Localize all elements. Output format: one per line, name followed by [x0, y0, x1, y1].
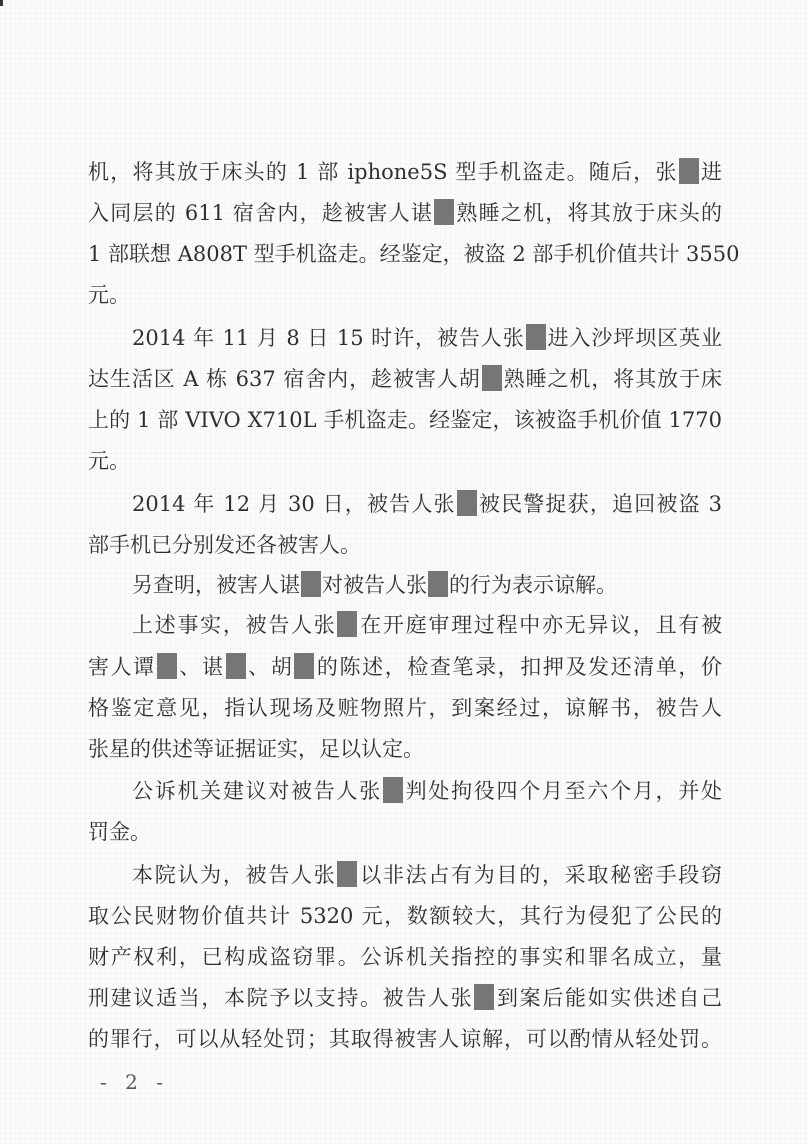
text-segment: 进 — [700, 160, 722, 184]
page-number: - 2 - — [100, 1070, 169, 1094]
text-segment: 进入沙坪坝区英业 — [547, 326, 722, 350]
text-line: 上述事实，被告人张在开庭审理过程中亦无异议，且有被 — [132, 610, 722, 640]
text-segment: 害人谭 — [88, 655, 156, 679]
text-segment: 机，将其放于床头的 1 部 iphone5S 型手机盗走。随后，张 — [88, 160, 678, 184]
text-segment: 入同层的 611 宿舍内，趁被害人谌 — [88, 201, 433, 225]
text-line: 刑建议适当，本院予以支持。被告人张到案后能如实供述自己 — [88, 983, 722, 1013]
text-segment: 的陈述，检查笔录，扣押及发还清单，价 — [315, 655, 722, 679]
text-segment: 达生活区 A 栋 637 宿舍内，趁被害人胡 — [88, 367, 481, 391]
text-segment: 另查明，被害人谌 — [132, 573, 300, 597]
text-segment: 被民警捉获，追回被盗 3 — [478, 492, 722, 516]
text-line: 达生活区 A 栋 637 宿舍内，趁被害人胡熟睡之机，将其放于床 — [88, 364, 722, 394]
text-line: 元。 — [88, 446, 722, 476]
redaction-block — [337, 861, 357, 887]
text-segment: 、胡 — [247, 655, 294, 679]
text-segment: 罚金。 — [88, 820, 151, 844]
text-line: 取公民财物价值共计 5320 元，数额较大，其行为侵犯了公民的 — [88, 901, 722, 931]
text-line: 入同层的 611 宿舍内，趁被害人谌熟睡之机，将其放于床头的 — [88, 198, 722, 228]
text-segment: 财产权利，已构成盗窃罪。公诉机关指控的事实和罪名成立，量 — [88, 945, 722, 969]
text-line: 的罪行，可以从轻处罚；其取得被害人谅解，可以酌情从轻处罚。 — [88, 1024, 722, 1054]
text-segment: 在开庭审理过程中亦无异议，且有被 — [358, 613, 722, 637]
text-line: 机，将其放于床头的 1 部 iphone5S 型手机盗走。随后，张进 — [88, 157, 722, 187]
text-segment: 的行为表示谅解。 — [449, 573, 617, 597]
text-segment: 对被告人张 — [322, 573, 427, 597]
text-segment: 部手机已分别发还各被害人。 — [88, 533, 361, 557]
redaction-block — [434, 199, 454, 225]
text-segment: 格鉴定意见，指认现场及赃物照片，到案经过，谅解书，被告人 — [88, 696, 722, 720]
document-page: 机，将其放于床头的 1 部 iphone5S 型手机盗走。随后，张进入同层的 6… — [0, 0, 808, 1144]
text-line: 张星的供述等证据证实，足以认定。 — [88, 734, 722, 764]
text-line: 公诉机关建议对被告人张判处拘役四个月至六个月，并处 — [132, 776, 722, 806]
text-segment: 熟睡之机，将其放于床头的 — [455, 201, 722, 225]
text-line: 害人谭、谌、胡的陈述，检查笔录，扣押及发还清单，价 — [88, 652, 722, 682]
redaction-block — [157, 653, 177, 679]
text-segment: 本院认为，被告人张 — [132, 863, 336, 887]
text-line: 上的 1 部 VIVO X710L 手机盗走。经鉴定，该被盗手机价值 1770 — [88, 405, 722, 435]
text-line: 元。 — [88, 280, 722, 310]
text-segment: 判处拘役四个月至六个月，并处 — [404, 779, 722, 803]
text-line: 格鉴定意见，指认现场及赃物照片，到案经过，谅解书，被告人 — [88, 693, 722, 723]
text-segment: 熟睡之机，将其放于床 — [503, 367, 722, 391]
text-line: 2014 年 11 月 8 日 15 时许，被告人张进入沙坪坝区英业 — [132, 323, 722, 353]
text-segment: 元。 — [88, 283, 130, 307]
text-line: 另查明，被害人谌对被告人张的行为表示谅解。 — [132, 570, 722, 600]
redaction-block — [294, 653, 314, 679]
text-line: 2014 年 12 月 30 日，被告人张被民警捉获，追回被盗 3 — [132, 489, 722, 519]
text-segment: 到案后能如实供述自己 — [495, 986, 722, 1010]
redaction-block — [679, 158, 699, 184]
text-segment: 张星的供述等证据证实，足以认定。 — [88, 737, 424, 761]
text-segment: 刑建议适当，本院予以支持。被告人张 — [88, 986, 473, 1010]
text-segment: 2014 年 12 月 30 日，被告人张 — [132, 492, 456, 516]
text-segment: 公诉机关建议对被告人张 — [132, 779, 382, 803]
text-segment: 以非法占有为目的，采取秘密手段窃 — [358, 863, 722, 887]
redaction-block — [474, 984, 494, 1010]
redaction-block — [337, 611, 357, 637]
redaction-block — [226, 653, 246, 679]
text-line: 财产权利，已构成盗窃罪。公诉机关指控的事实和罪名成立，量 — [88, 942, 722, 972]
redaction-block — [301, 571, 321, 597]
redaction-block — [457, 490, 477, 516]
text-segment: 取公民财物价值共计 5320 元，数额较大，其行为侵犯了公民的 — [88, 904, 722, 928]
text-line: 本院认为，被告人张以非法占有为目的，采取秘密手段窃 — [132, 860, 722, 890]
text-segment: 1 部联想 A808T 型手机盗走。经鉴定，被盗 2 部手机价值共计 3550 — [88, 242, 739, 266]
text-segment: 上述事实，被告人张 — [132, 613, 336, 637]
redaction-block — [482, 365, 502, 391]
text-segment: 、谌 — [178, 655, 225, 679]
text-line: 部手机已分别发还各被害人。 — [88, 530, 722, 560]
redaction-block — [526, 324, 546, 350]
text-line: 1 部联想 A808T 型手机盗走。经鉴定，被盗 2 部手机价值共计 3550 — [88, 239, 722, 269]
text-line: 罚金。 — [88, 817, 722, 847]
redaction-block — [383, 777, 403, 803]
text-segment: 的罪行，可以从轻处罚；其取得被害人谅解，可以酌情从轻处罚。 — [88, 1027, 722, 1051]
text-segment: 2014 年 11 月 8 日 15 时许，被告人张 — [132, 326, 525, 350]
redaction-block — [428, 571, 448, 597]
text-segment: 元。 — [88, 449, 130, 473]
text-segment: 上的 1 部 VIVO X710L 手机盗走。经鉴定，该被盗手机价值 1770 — [88, 408, 722, 432]
